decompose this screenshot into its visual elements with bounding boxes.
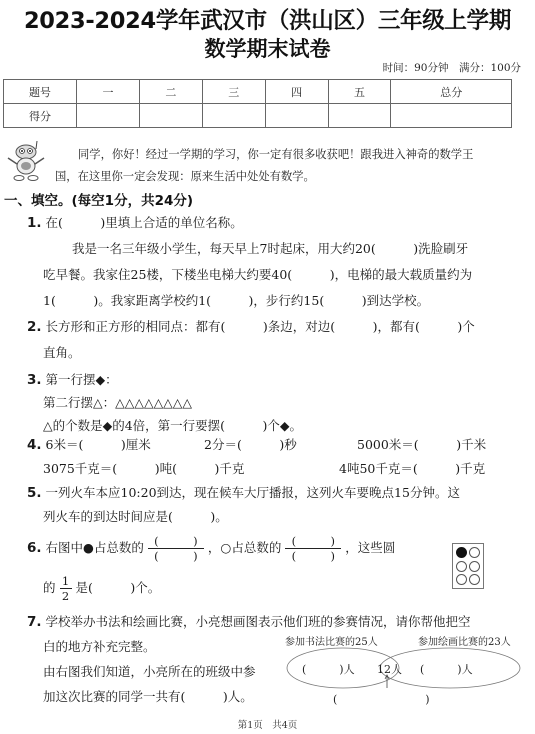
header-cell: 三 [202,80,265,104]
venn-left-only-blank[interactable]: ( )人 [302,661,355,677]
question-number: 1. [27,215,42,231]
question-text: 学校举办书法和绘画比赛，小亮想画图表示他们班的参赛情况，请你帮他把空 [46,614,471,629]
header-cell: 题号 [4,80,77,104]
conversion-b: 2分＝( )秒 [204,435,297,453]
header-cell: 总分 [391,80,512,104]
question-text: 长方形和正方形的相同点：都有( )条边，对边( )，都有( )个 [46,319,475,334]
question-7-line1: 7. 学校举办书法和绘画比赛，小亮想画图表示他们班的参赛情况，请你帮他把空 [27,612,471,630]
question-text: 在( )里填上合适的单位名称。 [46,215,243,230]
question-1-line2: 我是一名三年级小学生，每天早上7时起床，用大约20( )洗脸刷牙 [72,239,468,257]
question-4-line1: 4. 6米＝( )厘米 [27,435,151,453]
exam-title-line1: 2023-2024学年武汉市（洪山区）三年级上学期 [0,3,535,35]
empty-circle-icon [456,574,467,585]
question-7-line4: 加这次比赛的同学一共有( )人。 [43,687,253,705]
question-5-line1: 5. 一列火车本应10:20到达，现在候车大厅播报，这列火车要晚点15分钟。这 [27,483,460,501]
venn-right-only-blank[interactable]: ( )人 [420,661,473,677]
empty-circle-icon [469,574,480,585]
score-table-header-row: 题号 一 二 三 四 五 总分 [4,80,512,104]
filled-circle-icon [456,547,467,558]
conversion-d: 3075千克＝( )吨( )千克 [43,459,244,477]
header-cell: 五 [328,80,391,104]
question-7-line2: 白的地方补充完整。 [43,637,156,655]
question-number: 3. [27,372,42,388]
question-7-line3: 由右图我们知道，小亮所在的班级中参 [43,662,256,680]
question-1-line4: 1( )。我家距离学校约1( )，步行约15( )到达学校。 [43,291,429,309]
exam-time-score-info: 时间：90分钟 满分：100分 [383,60,521,75]
exam-title-line2: 数学期末试卷 [0,33,535,63]
question-6-line1: 6. 右图中●占总数的 ( ) ( ) ，○占总数的 ( ) ( ) ，这些圆 [27,533,395,563]
question-number: 7. [27,614,42,630]
score-row-label: 得分 [4,104,77,128]
page-footer: 第1页 共4页 [0,717,535,731]
score-cell[interactable] [139,104,202,128]
intro-text-line2: 国，在这里你一定会发现：原来生活中处处有数学。 [55,168,315,184]
question-number: 4. [27,437,42,453]
section-title-fill-blank: 一、填空。(每空1分，共24分) [4,189,193,209]
score-cell[interactable] [77,104,140,128]
header-cell: 一 [77,80,140,104]
score-table: 题号 一 二 三 四 五 总分 得分 [3,79,512,128]
question-3-line2: 第二行摆△：△△△△△△△△ [43,393,192,411]
question-3-line1: 3. 第一行摆◆： [27,370,118,388]
question-number: 5. [27,485,42,501]
conversion-a: 6米＝( )厘米 [46,437,151,452]
venn-overlap-value: 12人 [377,661,402,677]
header-cell: 四 [265,80,328,104]
header-cell: 二 [139,80,202,104]
question-text: ，○占总数的 [208,540,281,555]
circles-figure [452,543,484,589]
question-text: 右图中●占总数的 [46,540,144,555]
score-cell[interactable] [265,104,328,128]
empty-circle-icon [469,561,480,572]
question-6-line2: 的 1 2 是( )个。 [43,574,160,603]
question-1-line1: 1. 在( )里填上合适的单位名称。 [27,213,243,231]
fraction-empty-blank[interactable]: ( ) ( ) [285,534,341,563]
question-2-line1: 2. 长方形和正方形的相同点：都有( )条边，对边( )，都有( )个 [27,317,475,335]
conversion-c: 5000米＝( )千米 [357,435,486,453]
question-5-line2: 列火车的到达时间应是( )。 [43,507,228,525]
fraction-one-half: 1 2 [60,574,72,603]
question-3-line3: △的个数是◆的4倍，第一行要摆( )个◆。 [43,416,302,434]
fraction-filled-blank[interactable]: ( ) ( ) [148,534,204,563]
intro-text-line1: 同学，你好！经过一学期的学习，你一定有很多收获吧！跟我进入神奇的数学王 [78,146,473,162]
question-number: 6. [27,540,42,556]
question-text: 第一行摆◆： [46,372,118,387]
question-text: 一列火车本应10:20到达，现在候车大厅播报，这列火车要晚点15分钟。这 [46,485,460,500]
empty-circle-icon [469,547,480,558]
empty-circle-icon [456,561,467,572]
conversion-e: 4吨50千克＝( )千克 [339,459,485,477]
score-cell[interactable] [328,104,391,128]
score-table-score-row: 得分 [4,104,512,128]
robot-mascot-icon [4,140,48,184]
score-cell[interactable] [391,104,512,128]
score-cell[interactable] [202,104,265,128]
question-number: 2. [27,319,42,335]
question-1-line3: 吃早餐。我家住25楼，下楼坐电梯大约要40( )，电梯的最大载质量约为 [43,265,472,283]
venn-total-blank[interactable]: ( ) [333,691,430,707]
question-text: ，这些圆 [345,540,395,555]
question-2-line2: 直角。 [43,343,81,361]
